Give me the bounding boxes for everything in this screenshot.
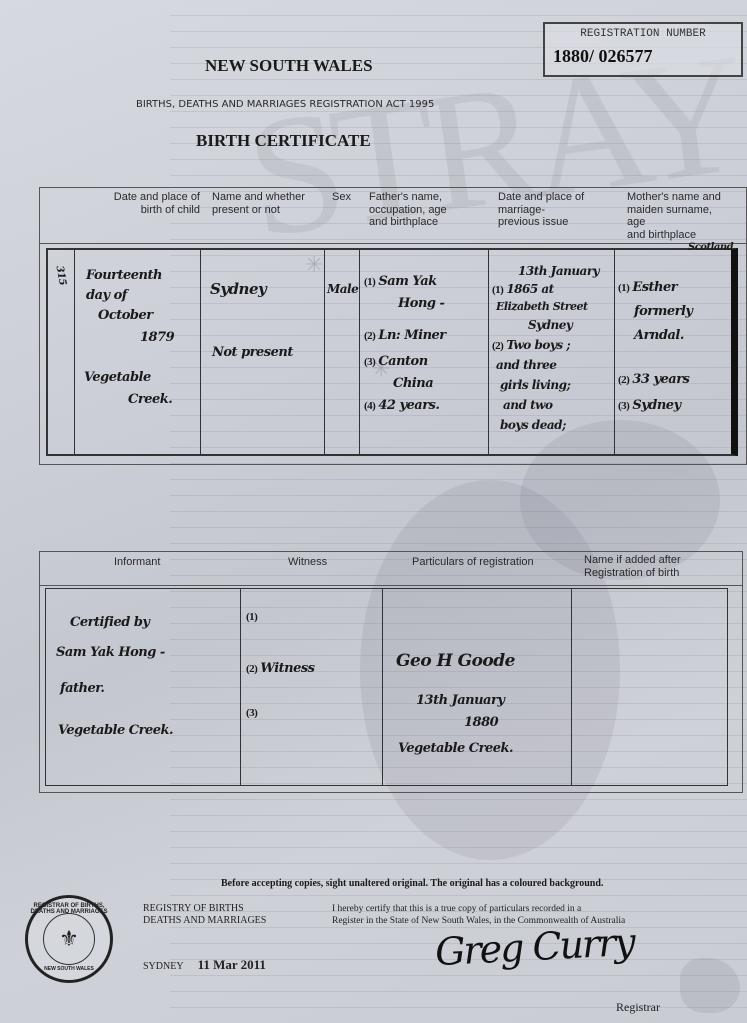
column-header-particulars: Particulars of registration: [412, 556, 534, 569]
table-header: Informant Witness Particulars of registr…: [40, 552, 742, 586]
mother-line: (3)Sydney: [618, 398, 681, 413]
column-header-marriage: Date and place of marriage- previous iss…: [498, 191, 584, 229]
column-divider: [324, 250, 325, 454]
father-line: (4)42 years.: [364, 398, 439, 413]
issue-date: 11 Mar 2011: [198, 957, 266, 972]
registration-year: 1880: [464, 715, 498, 730]
registrar-signature: Geo H Goode: [396, 651, 515, 671]
column-header-witness: Witness: [288, 556, 327, 569]
child-sex: Male: [327, 282, 358, 296]
birth-date-line: day of: [86, 288, 127, 303]
birth-place-line: Creek.: [128, 392, 172, 407]
marriage-line: girls living;: [500, 378, 570, 392]
marriage-line: and two: [503, 398, 552, 412]
marriage-line: Sydney: [528, 318, 572, 332]
column-header-birth: Date and place of birth of child: [82, 191, 200, 216]
column-divider: [382, 589, 383, 785]
witness-line: (3): [246, 705, 260, 720]
registration-place: Vegetable Creek.: [398, 741, 513, 756]
mother-line: Scotland: [688, 242, 733, 253]
column-header-name: Name and whether present or not: [212, 191, 305, 216]
child-presence: Not present: [212, 345, 293, 360]
child-name: Sydney: [210, 280, 266, 298]
marriage-line: 13th January: [518, 264, 599, 278]
informant-line: Sam Yak Hong -: [56, 645, 165, 660]
table-header: Date and place of birth of child Name an…: [40, 188, 746, 244]
birth-date-line: Fourteenth: [86, 268, 162, 283]
issue-city: SYDNEY: [143, 961, 184, 972]
marriage-line: and three: [496, 358, 556, 372]
father-line: Hong -: [398, 296, 444, 311]
state-heading: NEW SOUTH WALES: [205, 56, 373, 76]
issue-location-date: SYDNEY11 Mar 2011: [143, 957, 266, 973]
marriage-line: Elizabeth Street: [496, 300, 588, 313]
registration-number-label: REGISTRATION NUMBER: [545, 28, 741, 40]
informant-line: Vegetable Creek.: [58, 723, 173, 738]
birth-date-line: October: [98, 308, 153, 323]
registry-seal: REGISTRAR OF BIRTHS, DEATHS AND MARRIAGE…: [25, 895, 113, 983]
column-divider: [488, 250, 489, 454]
seal-inner-text: NEW SOUTH WALES: [28, 966, 110, 972]
father-line: (2)Ln: Miner: [364, 328, 446, 343]
column-header-informant: Informant: [114, 556, 160, 569]
registration-date: 13th January: [416, 693, 504, 708]
registration-number: 1880/ 026577: [553, 46, 741, 67]
father-line: (3)Canton: [364, 354, 428, 369]
column-divider: [240, 589, 241, 785]
document-title: BIRTH CERTIFICATE: [196, 131, 371, 151]
registry-name: REGISTRY OF BIRTHS DEATHS AND MARRIAGES: [143, 903, 266, 927]
authenticity-warning: Before accepting copies, sight unaltered…: [221, 878, 603, 889]
column-header-mother: Mother's name and maiden surname, age an…: [627, 191, 721, 241]
coat-of-arms-icon: ⚜: [43, 913, 95, 965]
registrar-title: Registrar: [616, 1000, 660, 1015]
table-row: 315 Fourteenth day of October 1879 Veget…: [46, 248, 738, 456]
australia-map-icon: [680, 958, 740, 1013]
registration-number-box: REGISTRATION NUMBER 1880/ 026577: [543, 22, 743, 77]
mother-line: Arndal.: [634, 328, 684, 343]
ruled-background: [170, 0, 747, 1023]
father-line: China: [393, 376, 433, 391]
table-row: Certified by Sam Yak Hong - father. Vege…: [45, 588, 728, 786]
registration-details-table: Informant Witness Particulars of registr…: [39, 551, 743, 793]
birth-place-line: Vegetable: [84, 370, 151, 385]
marriage-line: (2)Two boys ;: [492, 338, 570, 352]
witness-line: (1): [246, 609, 260, 624]
informant-line: father.: [60, 681, 104, 696]
father-line: (1)Sam Yak: [364, 274, 437, 289]
column-divider: [614, 250, 615, 454]
column-divider: [74, 250, 75, 454]
birth-details-table: Date and place of birth of child Name an…: [39, 187, 747, 465]
column-header-sex: Sex: [332, 191, 351, 204]
column-divider: [571, 589, 572, 785]
column-divider: [359, 250, 360, 454]
mother-line: formerly: [634, 304, 692, 319]
registrar-signature: Greg Curry: [434, 920, 635, 974]
witness-line: (2)Witness: [246, 661, 315, 676]
informant-line: Certified by: [70, 615, 149, 630]
act-heading: BIRTHS, DEATHS AND MARRIAGES REGISTRATIO…: [136, 99, 434, 110]
marriage-line: (1)1865 at: [492, 282, 554, 296]
mother-line: (1)Esther: [618, 280, 677, 295]
column-divider: [200, 250, 201, 454]
column-header-name-added: Name if added after Registration of birt…: [584, 554, 681, 579]
entry-number: 315: [54, 265, 68, 286]
marriage-line: boys dead;: [500, 418, 566, 432]
mother-line: (2)33 years: [618, 372, 689, 387]
column-header-father: Father's name, occupation, age and birth…: [369, 191, 447, 229]
birth-date-line: 1879: [140, 330, 174, 345]
